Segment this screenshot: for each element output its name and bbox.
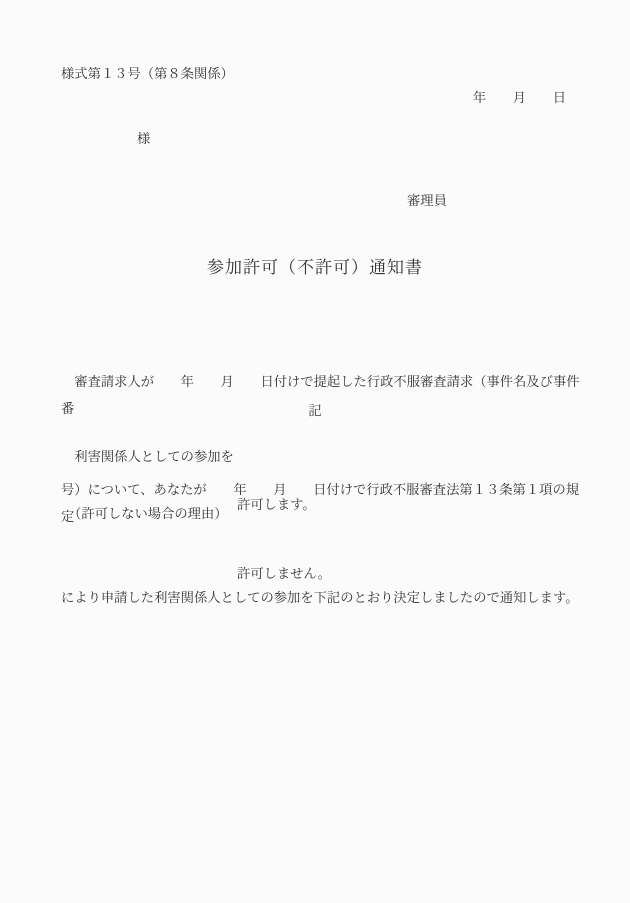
- section-marker: 記: [0, 401, 630, 422]
- addressee-suffix: 様: [137, 129, 150, 150]
- reason-label: （許可しない場合の理由）: [68, 504, 228, 525]
- sender-title: 審理員: [407, 191, 447, 212]
- date-line: 年 月 日: [61, 88, 566, 109]
- decision-options: 許可します。 許可しません。: [237, 447, 331, 631]
- form-number: 様式第１３号（第８条関係）: [61, 64, 234, 85]
- decision-option-permit: 許可します。: [237, 493, 331, 516]
- decision-lead: 利害関係人としての参加を: [61, 447, 234, 468]
- document-page: 様式第１３号（第８条関係） 年 月 日 様 審理員 参加許可（不許可）通知書 審…: [0, 0, 630, 903]
- document-title: 参加許可（不許可）通知書: [0, 255, 630, 281]
- decision-option-deny: 許可しません。: [237, 562, 331, 585]
